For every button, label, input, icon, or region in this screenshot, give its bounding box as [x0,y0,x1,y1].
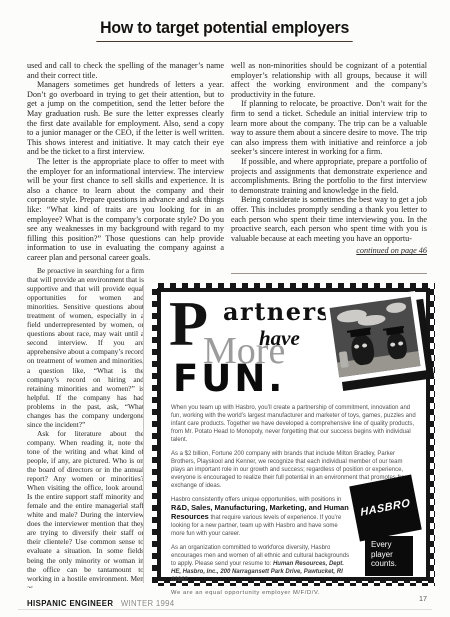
hasbro-logo-text: HASBRO [360,497,411,519]
left-column: used and call to check the spelling of t… [27,61,224,275]
article-paragraph: The letter is the appropriate place to o… [27,157,224,263]
ad-frame: P More artners have FUN. [157,288,430,581]
article-paragraph: well as non-minorities should be cogniza… [231,61,427,99]
magazine-page: How to target potential employers used a… [0,0,450,617]
equal-opportunity-note: We are an equal opportunity employer M/F… [171,590,418,596]
ad-paragraph: When you team up with Hasbro, you’ll cre… [171,404,418,444]
figure-eye [390,342,396,347]
ad-paragraph-positions: Hasbro consistently offers unique opport… [171,496,353,538]
article-paragraph: Being considerate is sometimes the best … [231,195,427,243]
continued-on-page-note: continued on page 46 [231,246,427,255]
right-column: well as non-minorities should be cogniza… [231,61,427,275]
article-paragraph: If planning to relocate, be proactive. D… [231,99,427,157]
article-paragraph: If possible, and where appropriate, prep… [231,157,427,195]
potato-head-photo [324,291,426,383]
column-divider-rule [143,285,144,583]
header: How to target potential employers [0,19,450,42]
footer-rule [18,609,432,610]
headline-fun: FUN. [173,360,285,397]
photo-ground [337,351,420,377]
magazine-name: HISPANIC ENGINEER [27,599,113,608]
headline-artners: artners [223,300,332,324]
figure-eye [398,341,404,346]
figure-eye [362,343,368,348]
article-paragraph: Be proactive in searching for a firm tha… [27,266,144,429]
hasbro-logo: HASBRO [349,475,422,542]
cloud-shape [386,301,407,314]
photo-scene [330,297,421,378]
figure-hat [386,326,404,335]
hasbro-advertisement: P More artners have FUN. [152,283,435,586]
article-paragraph: used and call to check the spelling of t… [27,61,224,80]
left-column-narrow: Be proactive in searching for a firm tha… [27,266,144,588]
page-number: 17 [419,594,427,603]
article-paragraph: Managers sometimes get hundreds of lette… [27,80,224,157]
column-end-rule [231,273,427,274]
headline-have: have [259,328,300,349]
issue-label: WINTER 1994 [121,599,175,608]
page-title: How to target potential employers [97,19,354,42]
figure-eye [354,344,360,349]
ad-paragraph-apply: As an organization committed to workforc… [171,544,353,584]
article-paragraph: Ask for literature about the company. Wh… [27,429,144,588]
figure-hat [350,328,371,338]
toy-prop [339,351,349,368]
tagline-box: Every player counts. [365,536,413,576]
